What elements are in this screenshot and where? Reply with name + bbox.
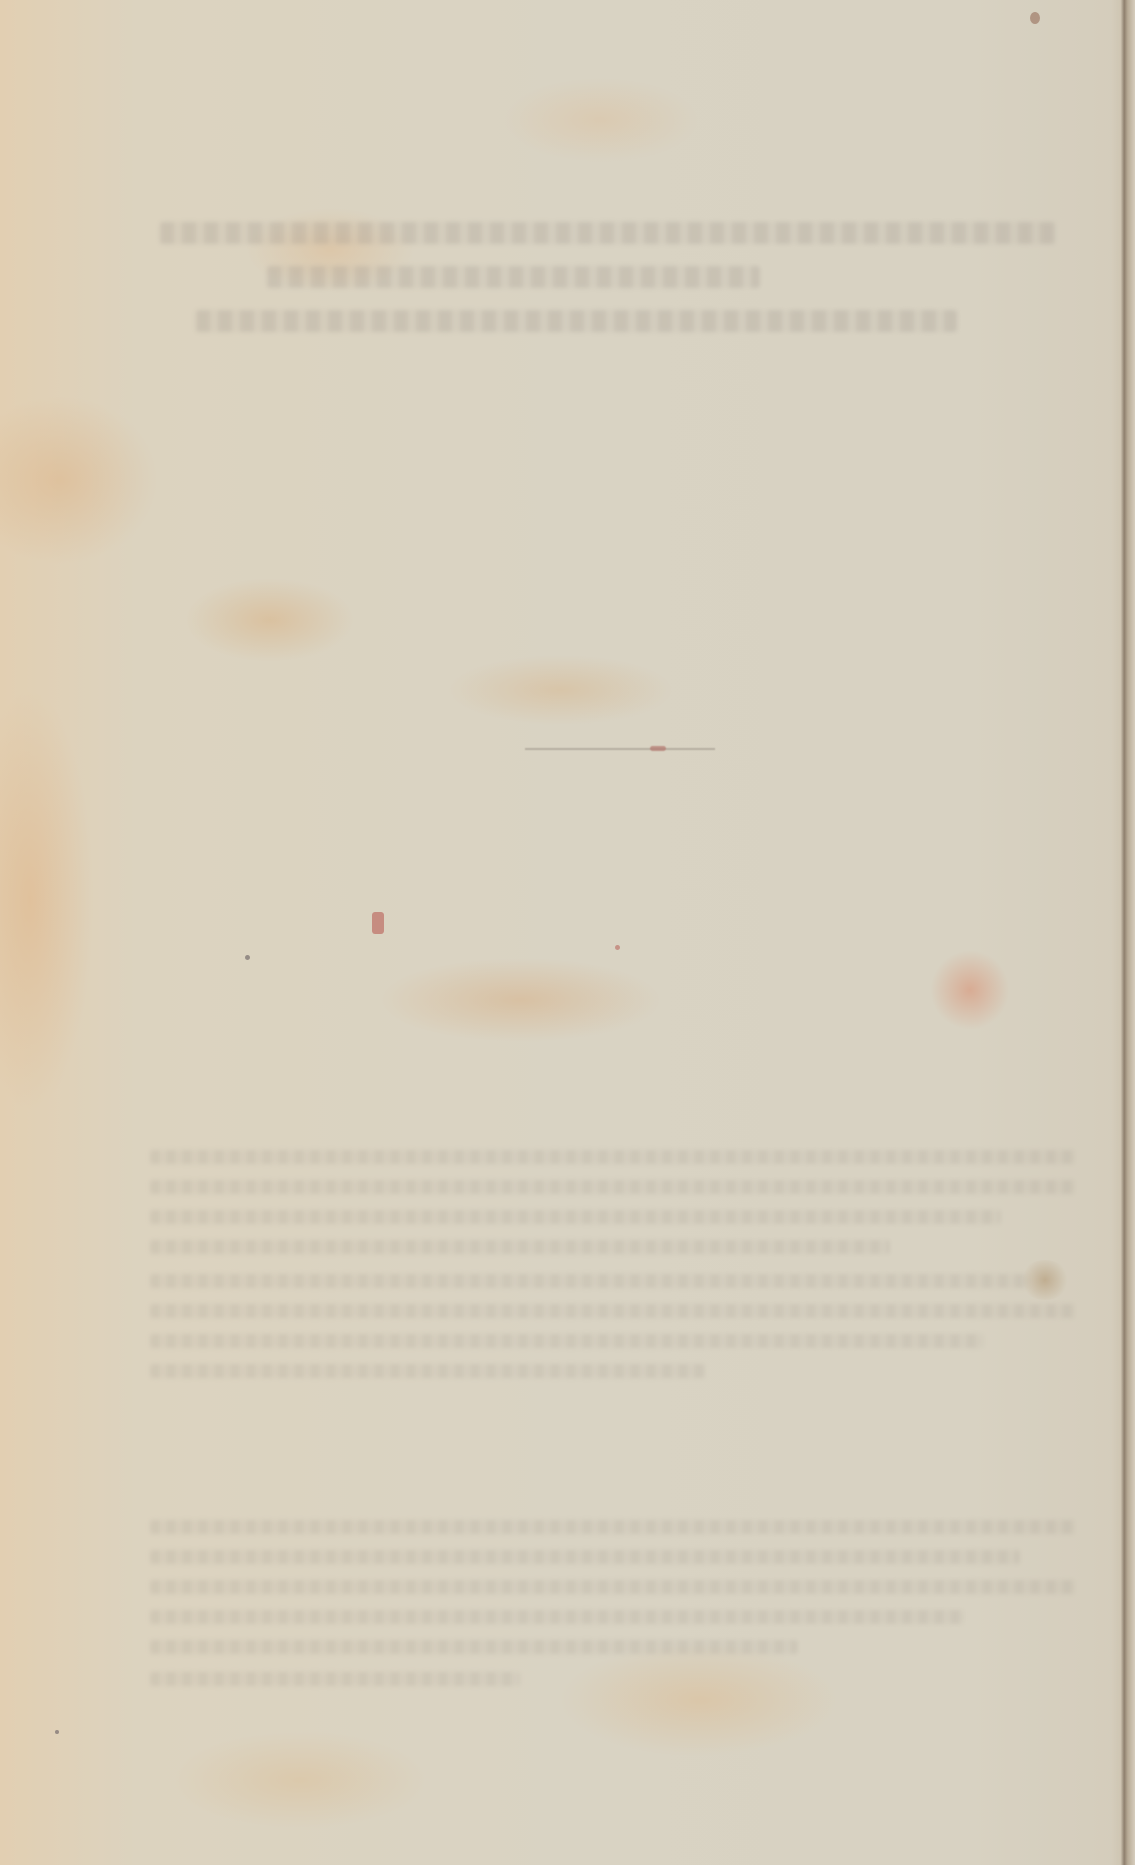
ghost-text-line (150, 1550, 1020, 1564)
foxing-stain (930, 950, 1010, 1030)
ghost-text-line (150, 1672, 520, 1686)
foxing-spot (245, 955, 250, 960)
foxing-spot (372, 912, 384, 934)
book-page (0, 0, 1135, 1865)
ghost-title-line (160, 222, 1055, 244)
foxing-stain (1020, 1260, 1070, 1300)
ghost-text-line (150, 1580, 1075, 1594)
ghost-paragraph-block (150, 1150, 1075, 1394)
ghost-text-line (150, 1180, 1075, 1194)
ghost-text-line (150, 1520, 1075, 1534)
ornamental-rule (525, 748, 715, 750)
ghost-title-line (196, 310, 957, 332)
ghost-text-line (150, 1240, 890, 1254)
foxing-spot (1030, 12, 1040, 24)
foxing-spot (615, 945, 620, 950)
ghost-text-line (150, 1304, 1075, 1318)
ghost-text-line (150, 1610, 964, 1624)
binding-gutter (1111, 0, 1135, 1865)
ghost-title-block (160, 222, 1055, 354)
foxing-spot (55, 1730, 59, 1734)
ghost-text-line (150, 1210, 1001, 1224)
ghost-text-line (150, 1150, 1075, 1164)
ghost-text-line (150, 1274, 1029, 1288)
ghost-title-line (267, 266, 759, 288)
ghost-text-line (150, 1364, 705, 1378)
ghost-paragraph-block (150, 1520, 1075, 1702)
ghost-text-line (150, 1334, 983, 1348)
ghost-text-line (150, 1640, 798, 1654)
